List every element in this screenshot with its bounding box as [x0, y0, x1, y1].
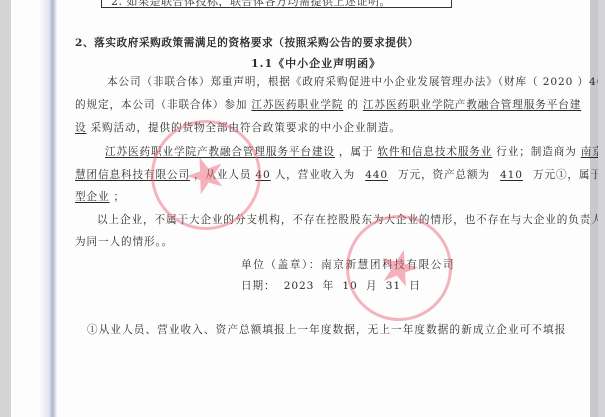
- para2-text: ；: [113, 191, 125, 203]
- maker-field-part1: 南京新: [577, 146, 598, 158]
- section-heading: 2、落实政府采购政策需满足的资格要求（按照采购公告的要求提供）: [75, 35, 419, 50]
- project-field-part2: 设: [75, 122, 91, 134]
- revenue-field: 440: [355, 169, 398, 181]
- industry-field: 软件和信息技术服务业: [373, 146, 496, 158]
- date-label: 日期：: [241, 280, 275, 292]
- para1-text-a: 的规定，本公司（非联合体）参加: [75, 99, 247, 111]
- unit-label: 单位（盖章）：: [241, 259, 321, 271]
- note-box-text: 2. 如果是联合体投标，联合体各方均需提供上述证明。: [111, 0, 391, 9]
- seal-star-icon: ★: [372, 239, 426, 297]
- para2-text: 万元①，属于: [533, 169, 598, 181]
- para2-text: 万元，资产总额为: [398, 169, 490, 181]
- para1-line2: 的规定，本公司（非联合体）参加江苏医药职业学院的江苏医药职业学院产教融合管理服务…: [75, 97, 585, 112]
- page-binding-shadow: [39, 0, 57, 417]
- para1-text-b: 的: [347, 99, 359, 111]
- para2-line3: 型企业；: [75, 189, 125, 204]
- scrollbar-edge[interactable]: [590, 0, 598, 417]
- para2-text: ，属于: [339, 146, 373, 158]
- para3-line2: 为同一人的情形。。: [75, 234, 173, 249]
- document-page: 2. 如果是联合体投标，联合体各方均需提供上述证明。 2、落实政府采购政策需满足…: [11, 0, 598, 417]
- date-year: 2023: [284, 280, 315, 292]
- project-field-part1: 江苏医药职业学院产教融合管理服务平台建: [359, 99, 585, 111]
- footnote: ①从业人员、营业收入、资产总额填报上一年度数据，无上一年度数据的新成立企业可不填…: [87, 322, 566, 337]
- para2-text: 行业；制造商为: [496, 146, 576, 158]
- para1-text-c: 采购活动，提供的货物全部由符合政策要求的中小企业制造。: [91, 122, 401, 134]
- purchaser-field: 江苏医药职业学院: [247, 99, 347, 111]
- date-year-unit: 年: [323, 280, 335, 292]
- size-field-part2: 型企业: [75, 191, 113, 203]
- para1-line1: 本公司（非联合体）郑重声明，根据《政府采购促进中小企业发展管理办法》（财库（ 2…: [107, 74, 598, 89]
- para2-text: 人，营业收入为: [275, 169, 355, 181]
- declaration-title: 1.1《中小企业声明函》: [251, 55, 381, 71]
- seal-star-icon: ★: [178, 145, 235, 205]
- assets-field: 410: [490, 169, 533, 181]
